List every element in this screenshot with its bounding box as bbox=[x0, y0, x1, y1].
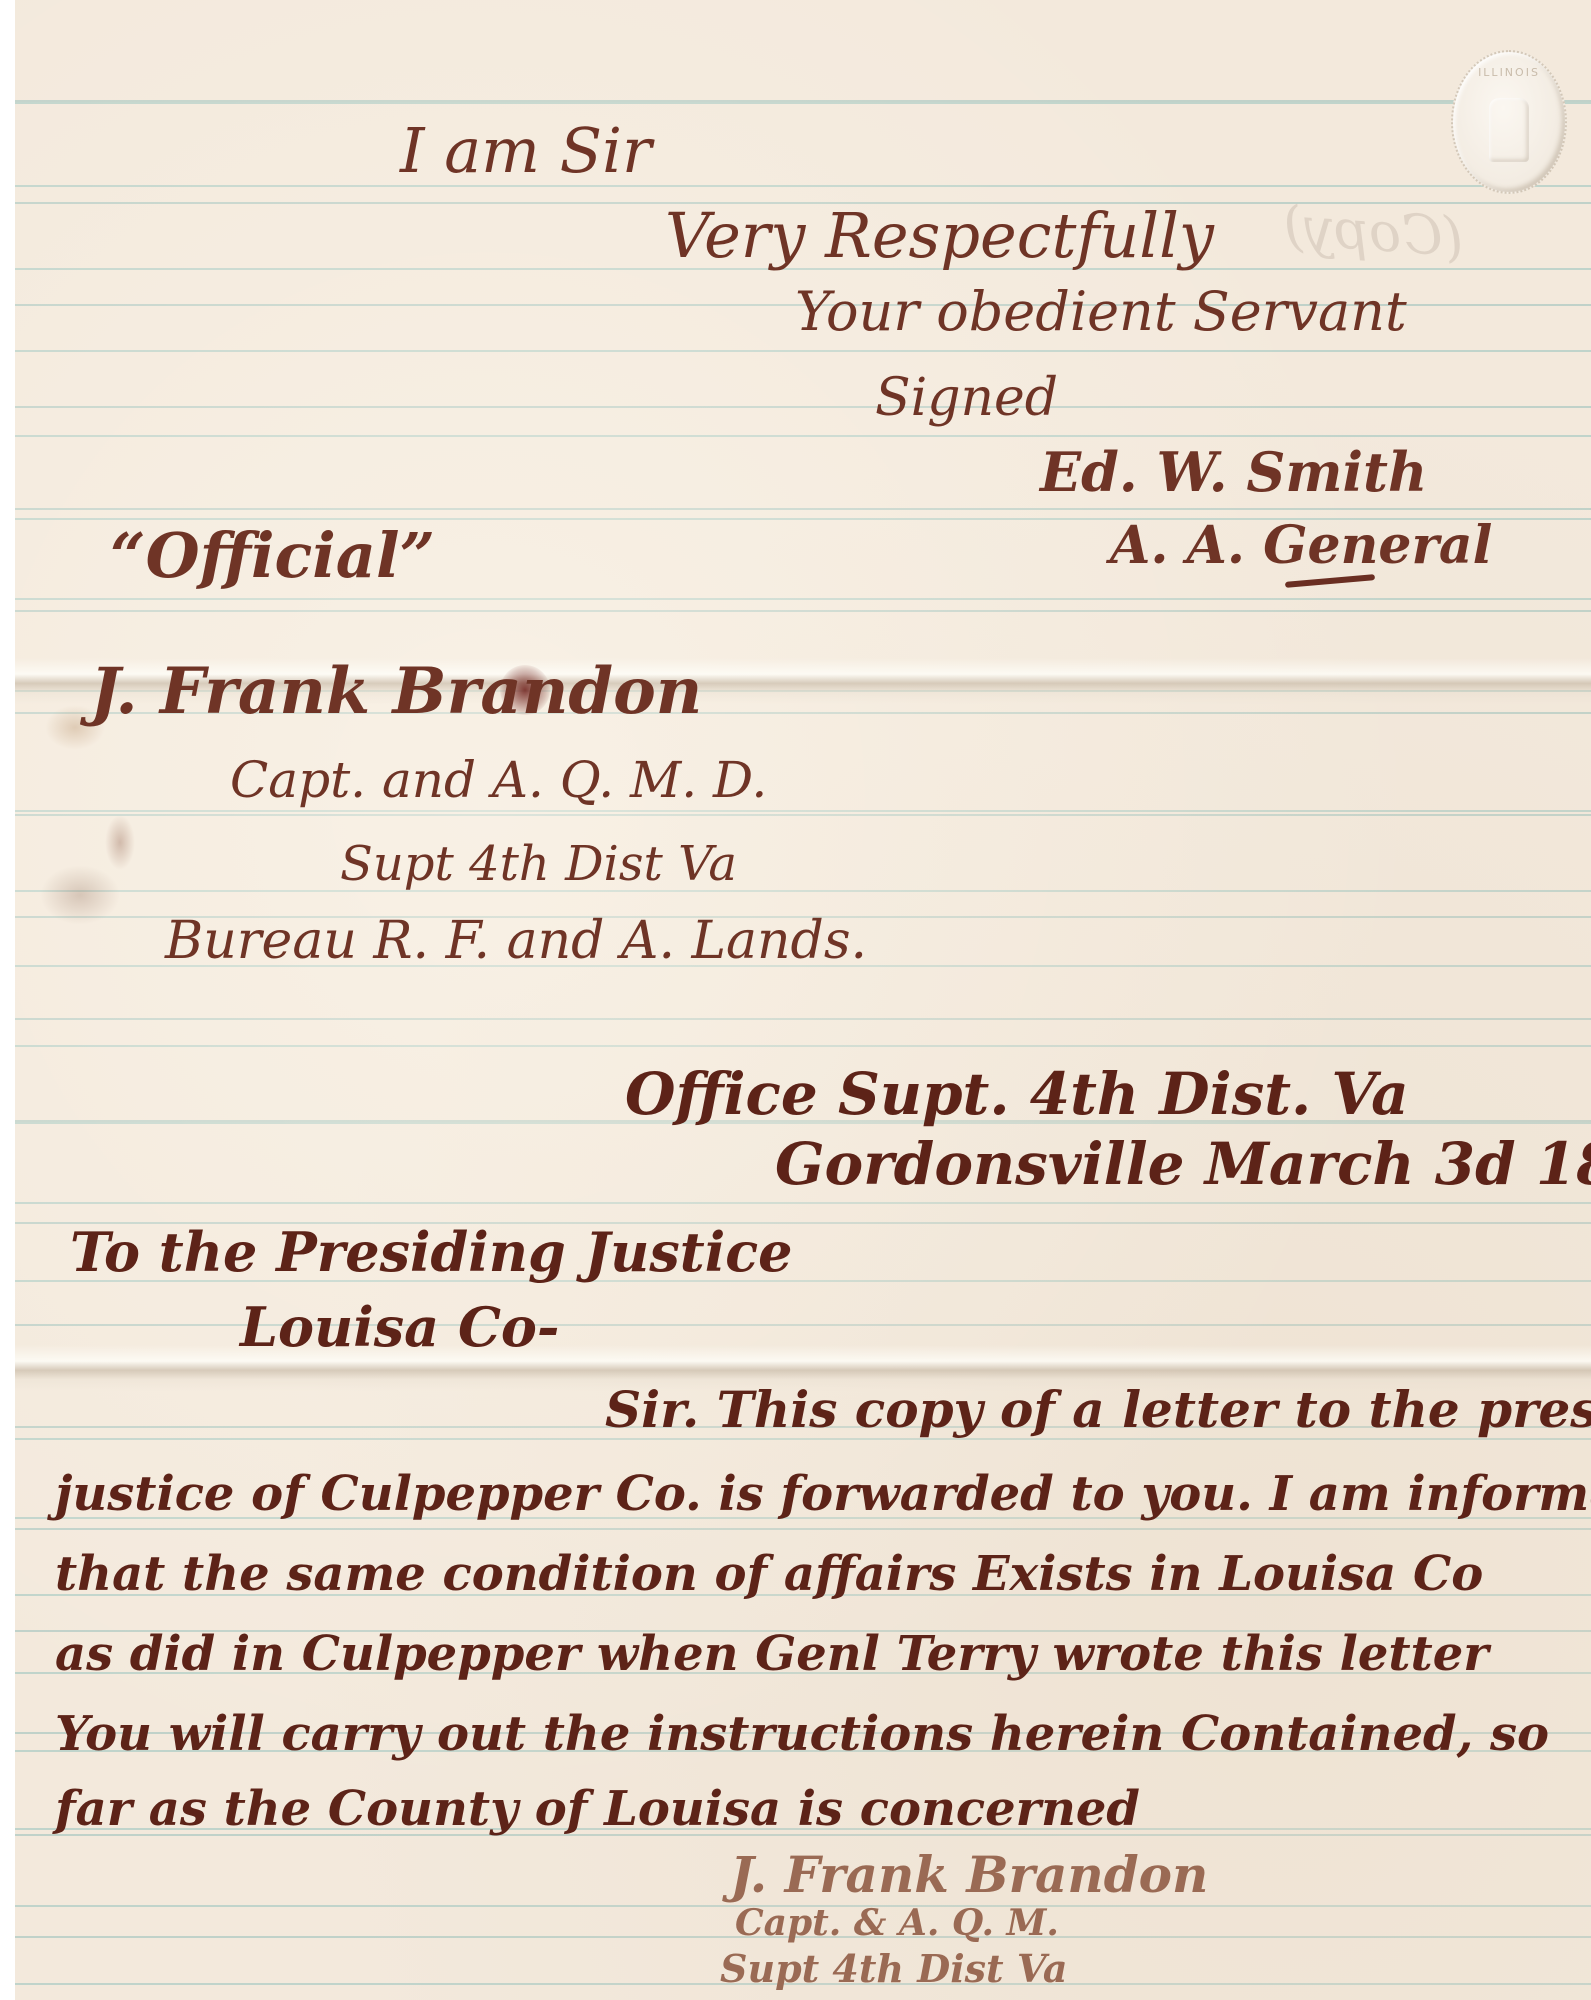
letter-paper: ILLINOIS (Copy) I am Sir Very Respectful… bbox=[15, 0, 1591, 2000]
bleed-through-text: (Copy) bbox=[1281, 194, 1466, 269]
closing-line-4: Signed bbox=[875, 372, 1058, 424]
closing-line-1: I am Sir bbox=[400, 120, 652, 182]
closing-signer-name: Ed. W. Smith bbox=[1040, 445, 1427, 499]
body-line-4: as did in Culpepper when Genl Terry wrot… bbox=[55, 1630, 1489, 1678]
attestation-name: J. Frank Brandon bbox=[90, 660, 702, 724]
underline-flourish bbox=[1285, 574, 1375, 588]
seal-emblem-icon bbox=[1489, 98, 1529, 162]
closing-line-3: Your obedient Servant bbox=[795, 285, 1407, 339]
place-date: Gordonsville March 3d 1866 bbox=[775, 1135, 1591, 1193]
closing-line-2: Very Respectfully bbox=[665, 205, 1214, 267]
office-heading: Office Supt. 4th Dist. Va bbox=[625, 1065, 1409, 1123]
official-label: “Official” bbox=[110, 525, 435, 587]
ruled-line bbox=[15, 1045, 1591, 1047]
body-line-2: justice of Culpepper Co. is forwarded to… bbox=[55, 1470, 1591, 1518]
ink-speckle bbox=[40, 865, 120, 925]
signature-name: J. Frank Brandon bbox=[730, 1850, 1208, 1900]
ruled-line bbox=[15, 890, 1591, 892]
ruled-line bbox=[15, 102, 1591, 104]
ruled-line bbox=[15, 598, 1591, 600]
body-line-1: Sir. This copy of a letter to the presid… bbox=[605, 1385, 1591, 1435]
body-line-5: You will carry out the instructions here… bbox=[55, 1710, 1549, 1758]
seal-text: ILLINOIS bbox=[1453, 66, 1565, 79]
address-line-1: To the Presiding Justice bbox=[70, 1225, 793, 1279]
ruled-line bbox=[15, 350, 1591, 352]
signature-title-1: Capt. & A. Q. M. bbox=[735, 1905, 1059, 1941]
address-line-2: Louisa Co- bbox=[240, 1300, 559, 1354]
ruled-line bbox=[15, 810, 1591, 812]
ruled-line bbox=[15, 185, 1591, 187]
attestation-title-3: Bureau R. F. and A. Lands. bbox=[165, 915, 867, 967]
ruled-line bbox=[15, 1202, 1591, 1204]
attestation-title-1: Capt. and A. Q. M. D. bbox=[230, 755, 767, 805]
embossed-seal: ILLINOIS bbox=[1451, 50, 1567, 194]
attestation-title-2: Supt 4th Dist Va bbox=[340, 840, 737, 888]
closing-signer-title: A. A. General bbox=[1110, 520, 1492, 572]
signature-title-2: Supt 4th Dist Va bbox=[720, 1950, 1067, 1988]
body-line-3: that the same condition of affairs Exist… bbox=[55, 1550, 1483, 1598]
ruled-line bbox=[15, 435, 1591, 437]
body-line-6: far as the County of Louisa is concerned bbox=[55, 1785, 1140, 1833]
ink-smudge bbox=[105, 815, 135, 870]
